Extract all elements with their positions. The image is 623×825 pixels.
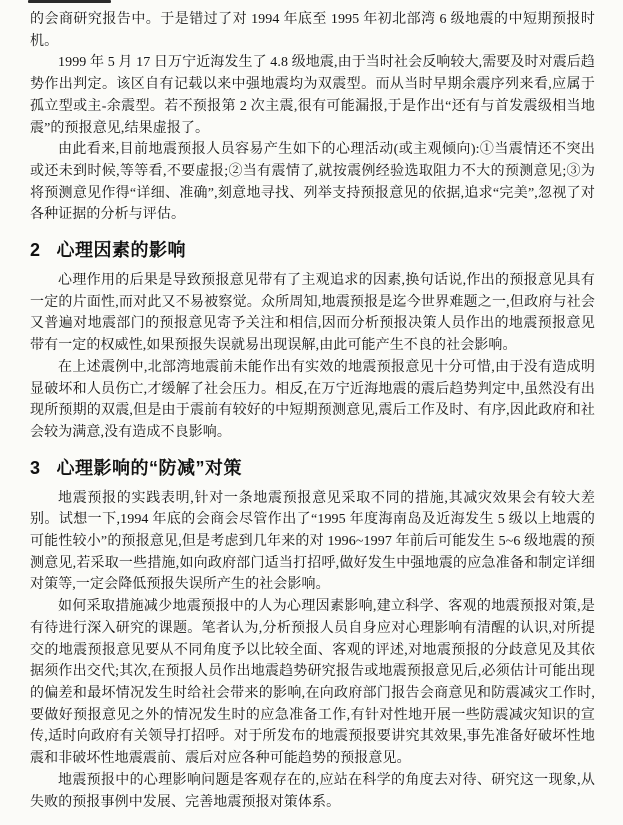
section-2-number: 2	[30, 238, 41, 262]
scan-artifact-mark	[28, 0, 111, 3]
paragraph-continuation: 的会商研究报告中。于是错过了对 1994 年底至 1995 年初北部湾 6 级地…	[30, 9, 595, 52]
paragraph: 1999 年 5 月 17 日万宁近海发生了 4.8 级地震,由于当时社会反响较…	[30, 52, 595, 139]
paragraph: 地震预报的实践表明,针对一条地震预报意见采取不同的措施,其减灾效果会有较大差别。…	[30, 488, 595, 597]
paragraph: 在上述震例中,北部湾地震前未能作出有实效的地震预报意见十分可惜,由于没有造成明显…	[30, 357, 595, 444]
section-2-title: 心理因素的影响	[57, 240, 187, 260]
section-3-title: 心理影响的“防减”对策	[57, 458, 243, 478]
paragraph: 如何采取措施减少地震预报中的人为心理因素影响,建立科学、客观的地震预报对策,是有…	[30, 596, 595, 770]
paragraph: 地震预报中的心理影响问题是客观存在的,应站在科学的角度去对待、研究这一现象,从失…	[30, 770, 595, 813]
section-3-number: 3	[30, 456, 41, 480]
document-page: 的会商研究报告中。于是错过了对 1994 年底至 1995 年初北部湾 6 级地…	[0, 0, 623, 825]
paragraph: 由此看来,目前地震预报人员容易产生如下的心理活动(或主观倾向):①当震情还不突出…	[30, 139, 595, 226]
paragraph: 心理作用的后果是导致预报意见带有了主观追求的因素,换句话说,作出的预报意见具有一…	[30, 270, 595, 357]
section-3-heading: 3心理影响的“防减”对策	[30, 456, 595, 480]
section-2-heading: 2心理因素的影响	[30, 238, 595, 262]
